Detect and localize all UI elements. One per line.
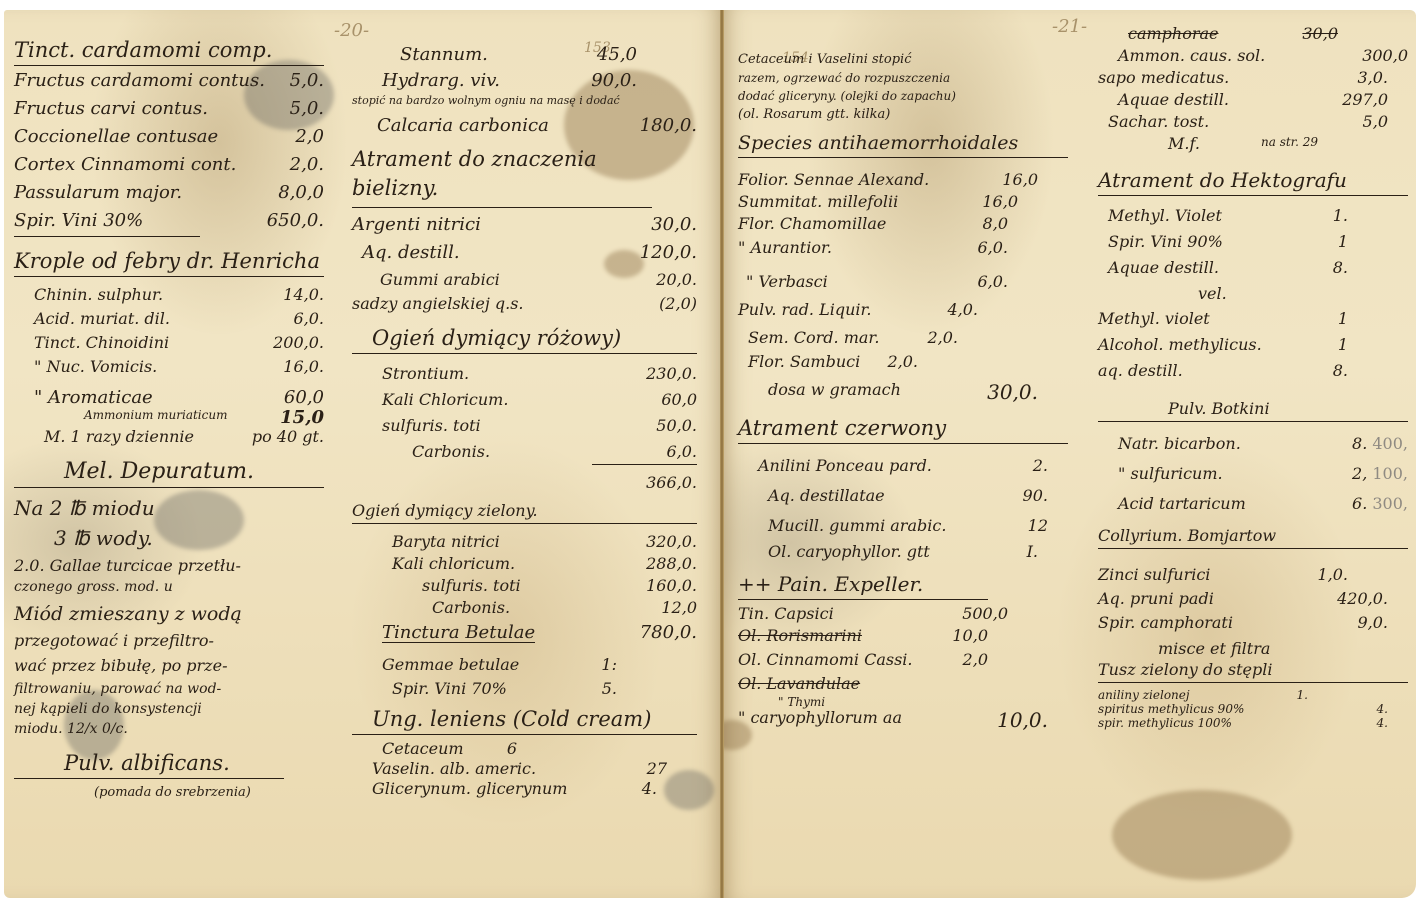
- ingredient: Aq. destillatae90.: [738, 488, 1068, 504]
- recipe-title: Ung. leniens (Cold cream): [352, 707, 697, 735]
- ingredient: " sulfuricum.2, 100,: [1098, 466, 1408, 482]
- recipe-title: Ogień dymiący zielony.: [352, 501, 697, 524]
- ingredient: sulfuris. toti50,0.: [352, 418, 697, 434]
- ingredient: sulfuris. toti160,0.: [352, 578, 697, 594]
- column-1: Tinct. cardamomi comp. Fructus cardamomi…: [14, 38, 324, 800]
- ingredient: Spir. Vini 30%650,0.: [14, 212, 324, 230]
- recipe-title: Mel. Depuratum.: [14, 459, 324, 488]
- total: 366,0.: [352, 475, 697, 491]
- ingredient: Cetaceum6: [352, 741, 697, 757]
- ingredient: Ol. caryophyllor. gttI.: [738, 544, 1068, 560]
- ingredient: Gummi arabici20,0.: [352, 272, 697, 288]
- text-line: Na 2 ℔ miodu: [14, 496, 324, 520]
- recipe-title: Species antihaemorrhoidales: [738, 132, 1068, 158]
- page-number: -21-: [1052, 16, 1087, 37]
- ingredient: Hydrarg. viv.90,0.: [352, 72, 697, 90]
- ingredient: aniliny zielonej1.: [1098, 689, 1408, 701]
- ingredient: sapo medicatus.3,0.: [1098, 70, 1408, 86]
- column-2: Stannum.45,0 Hydrarg. viv.90,0. stopić n…: [352, 46, 697, 797]
- recipe-title: Pulv. Botkini: [1098, 399, 1408, 422]
- ingredient: Glicerynum. glicerynum4.: [352, 781, 697, 797]
- ingredient: Anilini Ponceau pard.2.: [738, 458, 1068, 474]
- ingredient: Methyl. Violet1.: [1098, 208, 1408, 224]
- recipe-title: Collyrium. Bomjartow: [1098, 526, 1408, 549]
- ingredient: sadzy angielskiej q.s.(2,0): [352, 296, 697, 312]
- text-line: 2.0. Gallae turcicae przetłu-: [14, 556, 324, 575]
- ingredient: Calcaria carbonica180,0.: [352, 117, 697, 135]
- ingredient: Aq. pruni padi420,0.: [1098, 591, 1408, 607]
- ingredient: Acid tartaricum6. 300,: [1098, 496, 1408, 512]
- ingredient: camphorae30,0: [1098, 26, 1408, 42]
- ingredient: " Verbasci6,0.: [738, 274, 1068, 290]
- recipe-title-with-total: Tinctura Betulae780,0.: [352, 624, 697, 643]
- ingredient: Stannum.45,0: [352, 46, 697, 64]
- recipe-title: Krople od febry dr. Henricha: [14, 249, 324, 277]
- text-line: razem, ogrzewać do rozpuszczenia: [738, 71, 1068, 85]
- ingredient: Kali Chloricum.60,0: [352, 392, 697, 408]
- text-line: czonego gross. mod. u: [14, 579, 324, 595]
- ingredient: Coccionellae contusae2,0: [14, 128, 324, 146]
- ingredient: Natr. bicarbon.8. 400,: [1098, 436, 1408, 452]
- ingredient: Kali chloricum.288,0.: [352, 556, 697, 572]
- recipe-title: Ogień dymiący różowy): [352, 326, 697, 354]
- text-line: 3 ℔ wody.: [14, 526, 324, 550]
- recipe-subtitle: (pomada do srebrzenia): [14, 785, 324, 800]
- ingredient: Alcohol. methylicus.1: [1098, 337, 1408, 353]
- recipe-title: Atrament do znaczenia bielizny.: [352, 145, 652, 208]
- recipe-title: Atrament do Hektografu: [1098, 168, 1408, 196]
- ingredient: Strontium.230,0.: [352, 366, 697, 382]
- ingredient: Flor. Sambuci2,0.: [738, 354, 1068, 370]
- ingredient: Gemmae betulae1:: [352, 657, 697, 673]
- ingredient: " Nuc. Vomicis.16,0.: [14, 359, 324, 375]
- ingredient: Aquae destill.8.: [1098, 260, 1408, 276]
- page-number: -20-: [334, 20, 369, 41]
- ingredient: Summitat. millefolii16,0: [738, 194, 1068, 210]
- ingredient: Aquae destill.297,0: [1098, 92, 1408, 108]
- recipe-title: Pulv. albificans.: [14, 751, 284, 779]
- ingredient: Carbonis.12,0: [352, 600, 697, 616]
- ingredient: Passularum major.8,0,0: [14, 184, 324, 202]
- ingredient: Carbonis.6,0.: [352, 444, 697, 460]
- ingredient: Ol. Cinnamomi Cassi.2,0: [738, 652, 1068, 668]
- instruction-note: misce et filtra: [1098, 639, 1408, 658]
- ingredient: Acid. muriat. dil.6,0.: [14, 311, 324, 327]
- ingredient: Tinct. Chinoidini200,0.: [14, 335, 324, 351]
- ingredient: Chinin. sulphur.14,0.: [14, 287, 324, 303]
- column-4: camphorae30,0 Ammon. caus. sol.300,0 sap…: [1098, 26, 1408, 729]
- ingredient: " caryophyllorum aa10,0.: [738, 710, 1068, 730]
- ingredient: Tin. Capsici500,0: [738, 606, 1068, 622]
- ingredient: spiritus methylicus 90%4.: [1098, 703, 1408, 715]
- ingredient: Aq. destill.120,0.: [352, 244, 697, 262]
- ingredient: spir. methylicus 100%4.: [1098, 717, 1408, 729]
- divider: [14, 236, 200, 237]
- ingredient: Flor. Chamomillae8,0: [738, 216, 1068, 232]
- ingredient: Ammon. caus. sol.300,0: [1098, 48, 1408, 64]
- binding-fold: [720, 10, 724, 898]
- ingredient: " Aromaticae60,0: [14, 389, 324, 407]
- instruction-note: stopić na bardzo wolnym ogniu na masę i …: [352, 94, 697, 107]
- text-line: (ol. Rosarum gtt. kilka): [738, 107, 1068, 122]
- column-3: Cetaceum i Vaselini stopić razem, ogrzew…: [738, 52, 1068, 730]
- ingredient: Fructus carvi contus.5,0.: [14, 100, 324, 118]
- ingredient: Methyl. violet1: [1098, 311, 1408, 327]
- ingredient: Ol. Lavandulae: [738, 676, 1068, 692]
- ingredient: Folior. Sennae Alexand.16,0: [738, 172, 1068, 188]
- stain: [1112, 790, 1292, 880]
- ingredient: aq. destill.8.: [1098, 363, 1408, 379]
- recipe-title: ++ Pain. Expeller.: [738, 572, 988, 600]
- alternative-label: vel.: [1098, 284, 1408, 303]
- text-line: dodać gliceryny. (olejki do zapachu): [738, 89, 1068, 103]
- ingredient: Cortex Cinnamomi cont.2,0.: [14, 156, 324, 174]
- ingredient: Mucill. gummi arabic.12: [738, 518, 1068, 534]
- text-line: miodu. 12/x 0/c.: [14, 721, 324, 737]
- recipe-title: Tinct. cardamomi comp.: [14, 38, 324, 66]
- notebook-spread: -20- 153 -21- 154 Tinct. cardamomi comp.…: [4, 10, 1416, 898]
- ingredient: Ol. Rorismarini10,0: [738, 628, 1068, 644]
- ingredient: Sem. Cord. mar.2,0.: [738, 330, 1068, 346]
- sum-divider: [592, 464, 697, 465]
- text-line: przegotować i przefiltro-: [14, 631, 324, 650]
- ingredient: Baryta nitrici320,0.: [352, 534, 697, 550]
- ingredient: Spir. Vini 70%5.: [352, 681, 697, 697]
- ingredient: Pulv. rad. Liquir.4,0.: [738, 302, 1068, 318]
- text-line: filtrowaniu, parować na wod-: [14, 681, 324, 697]
- ingredient: Argenti nitrici30,0.: [352, 216, 697, 234]
- ingredient: Fructus cardamomi contus.5,0.: [14, 72, 324, 90]
- text-line: wać przez bibułę, po prze-: [14, 656, 324, 675]
- ingredient: Vaselin. alb. americ.27: [352, 761, 697, 777]
- text-line: nej kąpieli do konsystencji: [14, 701, 324, 717]
- ingredient: " Thymi: [738, 696, 1068, 708]
- ingredient: Spir. Vini 90%1: [1098, 234, 1408, 250]
- text-line: Cetaceum i Vaselini stopić: [738, 52, 1068, 67]
- recipe-title: Atrament czerwony: [738, 416, 1068, 444]
- ingredient: Sachar. tost.5,0: [1098, 114, 1408, 130]
- ingredient: M.f.na str. 29: [1098, 136, 1408, 152]
- ingredient: " Aurantior.6,0.: [738, 240, 1068, 256]
- recipe-title: Tusz zielony do stępli: [1098, 660, 1408, 683]
- ingredient: Spir. camphorati9,0.: [1098, 615, 1408, 631]
- dose-note: dosa w gramach30,0.: [738, 382, 1068, 402]
- dosage-note: M. 1 razy dzienniepo 40 gt.: [14, 429, 324, 445]
- ingredient: Ammonium muriaticum15,0: [14, 409, 324, 427]
- text-line: Miód zmieszany z wodą: [14, 603, 324, 625]
- ingredient: Zinci sulfurici1,0.: [1098, 567, 1408, 583]
